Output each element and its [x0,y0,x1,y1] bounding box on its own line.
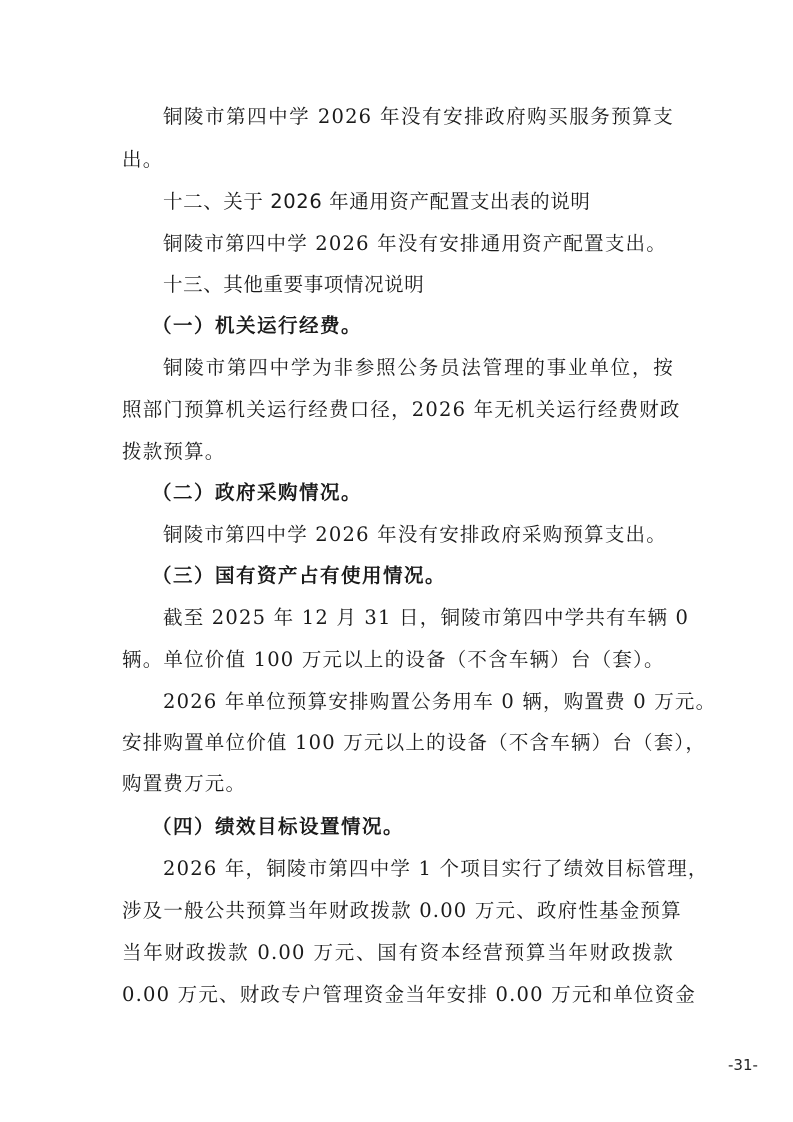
paragraph-line: 涉及一般公共预算当年财政拨款 0.00 万元、政府性基金预算 [122,899,674,923]
paragraph-line: 照部门预算机关运行经费口径，2026 年无机关运行经费财政 [122,398,674,422]
page-number: -31- [728,1056,758,1074]
paragraph-line: 铜陵市第四中学 2026 年没有安排政府购买服务预算支 [163,105,674,129]
paragraph-line: 拨款预算。 [122,440,674,464]
subsection-heading-4: （四）绩效目标设置情况。 [152,815,704,839]
paragraph-line: 2026 年，铜陵市第四中学 1 个项目实行了绩效目标管理， [163,857,674,881]
document-page: 铜陵市第四中学 2026 年没有安排政府购买服务预算支 出。 十二、关于 202… [0,0,793,1122]
paragraph-line: 辆。单位价值 100 万元以上的设备（不含车辆）台（套）。 [122,648,674,672]
paragraph-line: 购置费万元。 [122,772,674,796]
section-heading-13: 十三、其他重要事项情况说明 [163,273,715,297]
paragraph-line: 铜陵市第四中学 2026 年没有安排通用资产配置支出。 [163,232,674,256]
paragraph-line: 0.00 万元、财政专户管理资金当年安排 0.00 万元和单位资金 [122,983,674,1007]
paragraph-line: 截至 2025 年 12 月 31 日，铜陵市第四中学共有车辆 0 [163,606,674,630]
paragraph-line: 当年财政拨款 0.00 万元、国有资本经营预算当年财政拨款 [122,941,674,965]
paragraph-line: 铜陵市第四中学 2026 年没有安排政府采购预算支出。 [163,523,674,547]
subsection-heading-2: （二）政府采购情况。 [152,481,704,505]
paragraph-line: 2026 年单位预算安排购置公务用车 0 辆，购置费 0 万元。 [163,690,674,714]
paragraph-line: 出。 [122,148,674,172]
paragraph-line: 铜陵市第四中学为非参照公务员法管理的事业单位，按 [163,356,674,380]
subsection-heading-3: （三）国有资产占有使用情况。 [152,564,704,588]
paragraph-line: 安排购置单位价值 100 万元以上的设备（不含车辆）台（套）， [122,731,674,755]
subsection-heading-1: （一）机关运行经费。 [152,314,704,338]
section-heading-12: 十二、关于 2026 年通用资产配置支出表的说明 [163,190,715,214]
